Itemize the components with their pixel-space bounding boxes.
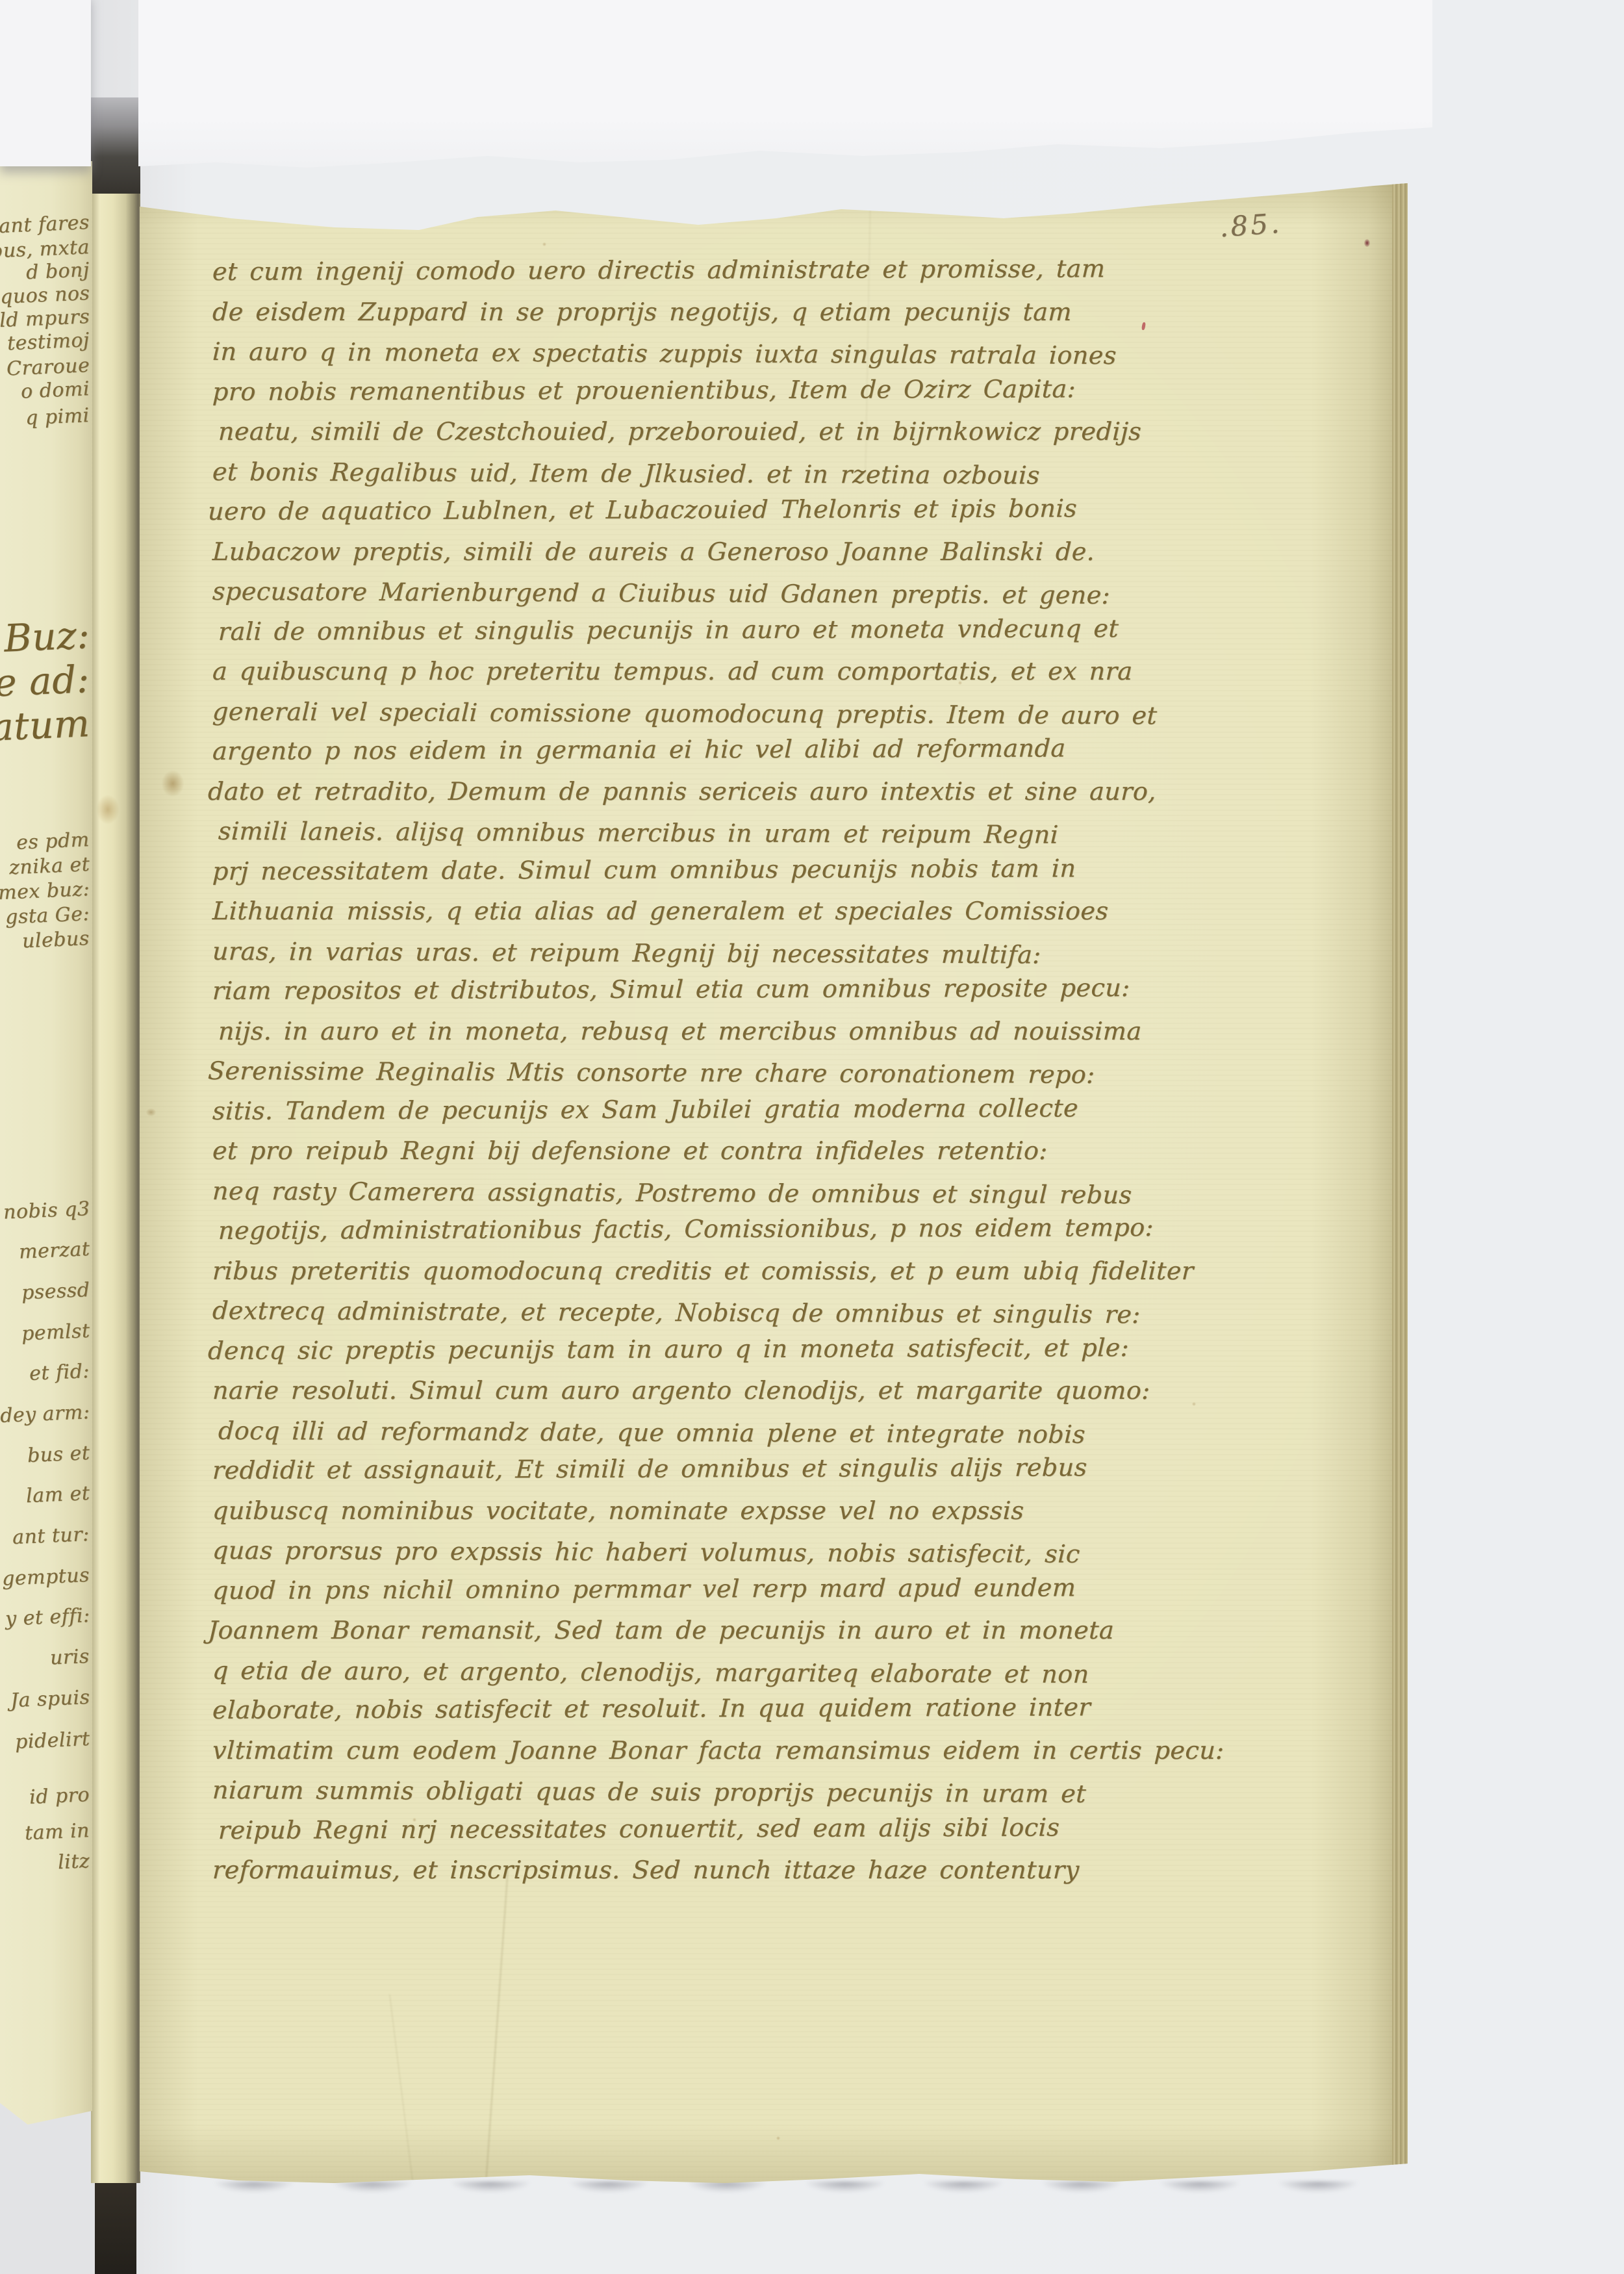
left-page-fragment: znika et bbox=[8, 855, 90, 878]
left-page-fragment: q pimi bbox=[25, 406, 90, 428]
manuscript-line: reddidit et assignauit, Et simili de omn… bbox=[212, 1448, 1213, 1491]
left-page-fragment: uris bbox=[50, 1647, 90, 1668]
left-page-fragment: merzat bbox=[18, 1240, 90, 1262]
manuscript-line: prj necessitatem date. Simul cum omnibus… bbox=[212, 848, 1213, 891]
left-page-fragment: testimoj bbox=[7, 331, 90, 353]
left-page-fragment: nobis q3 bbox=[3, 1199, 90, 1223]
manuscript-line: vltimatim cum eodem Joanne Bonar facta r… bbox=[212, 1731, 1213, 1771]
manuscript-line: ribus preteritis quomodocunq creditis et… bbox=[212, 1251, 1213, 1292]
left-page-fragment: ant tur: bbox=[12, 1525, 90, 1548]
gutter-stain bbox=[96, 795, 120, 824]
facing-page-sliver: ant faresbus, mxtad bonjquos nosueld mpu… bbox=[0, 161, 92, 2125]
manuscript-line: et cum ingenij comodo uero directis admi… bbox=[212, 249, 1213, 292]
left-page-fragment: gsta Ge: bbox=[5, 904, 90, 928]
manuscript-line: reipub Regni nrj necessitates conuertit,… bbox=[218, 1807, 1213, 1850]
left-page-fragment: atum bbox=[0, 704, 90, 747]
red-ink-dot bbox=[1364, 239, 1370, 247]
paper-blemish bbox=[162, 771, 184, 797]
manuscript-text-block: et cum ingenij comodo uero directis admi… bbox=[212, 252, 1213, 1891]
left-page-fragment: Craroue bbox=[6, 356, 90, 379]
manuscript-line: argento p nos eidem in germania ei hic v… bbox=[212, 728, 1213, 772]
manuscript-line: dencq sic preptis pecunijs tam in auro q… bbox=[207, 1327, 1213, 1371]
manuscript-line: nijs. in auro et in moneta, rebusq et me… bbox=[218, 1012, 1213, 1052]
binding-rod-top bbox=[89, 97, 140, 194]
manuscript-line: elaborate, nobis satisfecit et resoluit.… bbox=[212, 1687, 1213, 1731]
left-page-fragment: et fid: bbox=[29, 1362, 90, 1384]
manuscript-line: reformauimus, et inscripsimus. Sed nunch… bbox=[212, 1850, 1213, 1891]
manuscript-line: et pro reipub Regni bij defensione et co… bbox=[212, 1131, 1213, 1171]
manuscript-line: Joannem Bonar remansit, Sed tam de pecun… bbox=[207, 1611, 1213, 1651]
manuscript-line: riam repositos et distributos, Simul eti… bbox=[212, 968, 1213, 1012]
left-page-fragment: es pdm bbox=[16, 830, 90, 853]
page-number: .85. bbox=[1219, 210, 1283, 242]
manuscript-line: uero de aquatico Lublnen, et Lubaczouied… bbox=[207, 489, 1213, 532]
page-edge-striations bbox=[1392, 181, 1408, 2186]
left-page-fragment: idey arm: bbox=[0, 1403, 90, 1426]
manuscript-line: pro nobis remanentibus et prouenientibus… bbox=[212, 368, 1213, 412]
manuscript-line: Lubaczow preptis, simili de aureis a Gen… bbox=[212, 532, 1213, 572]
manuscript-line: neatu, simili de Czestchouied, przeborou… bbox=[218, 412, 1213, 452]
left-page-fragment: pemlst bbox=[21, 1322, 90, 1344]
left-page-fragment: psessd bbox=[21, 1281, 90, 1303]
left-page-fragment: Ja spuis bbox=[10, 1688, 90, 1711]
left-page-fragment: y et effi: bbox=[5, 1606, 90, 1629]
left-page-fragment: pidelirt bbox=[14, 1730, 90, 1752]
manuscript-line: rali de omnibus et singulis pecunijs in … bbox=[218, 608, 1213, 652]
left-page-fragment: lam et bbox=[25, 1484, 90, 1506]
left-page-fragment: mex buz: bbox=[0, 880, 90, 903]
left-page-fragment: ueld mpurs bbox=[0, 307, 90, 332]
white-interleaf-sheet-right bbox=[138, 0, 1432, 185]
under-page-shadow bbox=[195, 2182, 1377, 2210]
left-page-fragment: id pro bbox=[29, 1785, 90, 1808]
paper-blemish bbox=[146, 1108, 156, 1116]
left-page-fragment: ant fares bbox=[0, 213, 90, 236]
manuscript-line: quod in pns nichil omnino permmar vel re… bbox=[212, 1567, 1213, 1611]
left-page-fragment: d bonj bbox=[26, 261, 90, 283]
manuscript-line: quibuscq nominibus vocitate, nominate ex… bbox=[212, 1491, 1213, 1531]
foxing-spot bbox=[542, 242, 546, 246]
left-page-fragment: tam in bbox=[25, 1821, 90, 1843]
left-page-fragment: er Buz: bbox=[0, 616, 90, 659]
manuscript-line: a quibuscunq p hoc preteritu tempus. ad … bbox=[212, 652, 1213, 692]
foxing-spot bbox=[776, 2136, 780, 2140]
manuscript-line: negotijs, administrationibus factis, Com… bbox=[218, 1208, 1213, 1251]
manuscript-line: narie resoluti. Simul cum auro argento c… bbox=[212, 1371, 1213, 1411]
manuscript-line: Lithuania missis, q etia alias ad genera… bbox=[212, 891, 1213, 932]
manuscript-page: .85. et cum ingenij comodo uero directis… bbox=[140, 181, 1408, 2186]
gutter-band bbox=[91, 166, 140, 2183]
white-interleaf-sheet-left bbox=[0, 0, 91, 166]
left-page-fragment: ze ad: bbox=[0, 660, 90, 703]
left-page-fragment: ulebus bbox=[22, 929, 90, 951]
left-page-fragment: o domi bbox=[21, 379, 90, 402]
manuscript-scan: ant faresbus, mxtad bonjquos nosueld mpu… bbox=[0, 0, 1624, 2274]
left-page-fragment: bus, mxta bbox=[0, 238, 90, 262]
left-page-fragment: litz bbox=[57, 1852, 90, 1872]
manuscript-line: dato et retradito, Demum de pannis seric… bbox=[207, 772, 1213, 812]
left-page-fragment: bus et bbox=[27, 1444, 90, 1466]
left-page-fragment: gemptus bbox=[2, 1566, 90, 1589]
left-page-fragment: quos nos bbox=[0, 284, 90, 307]
manuscript-line: sitis. Tandem de pecunijs ex Sam Jubilei… bbox=[212, 1088, 1213, 1131]
paper-crease bbox=[389, 1994, 424, 2271]
manuscript-line: de eisdem Zuppard in se proprijs negotij… bbox=[212, 292, 1213, 333]
